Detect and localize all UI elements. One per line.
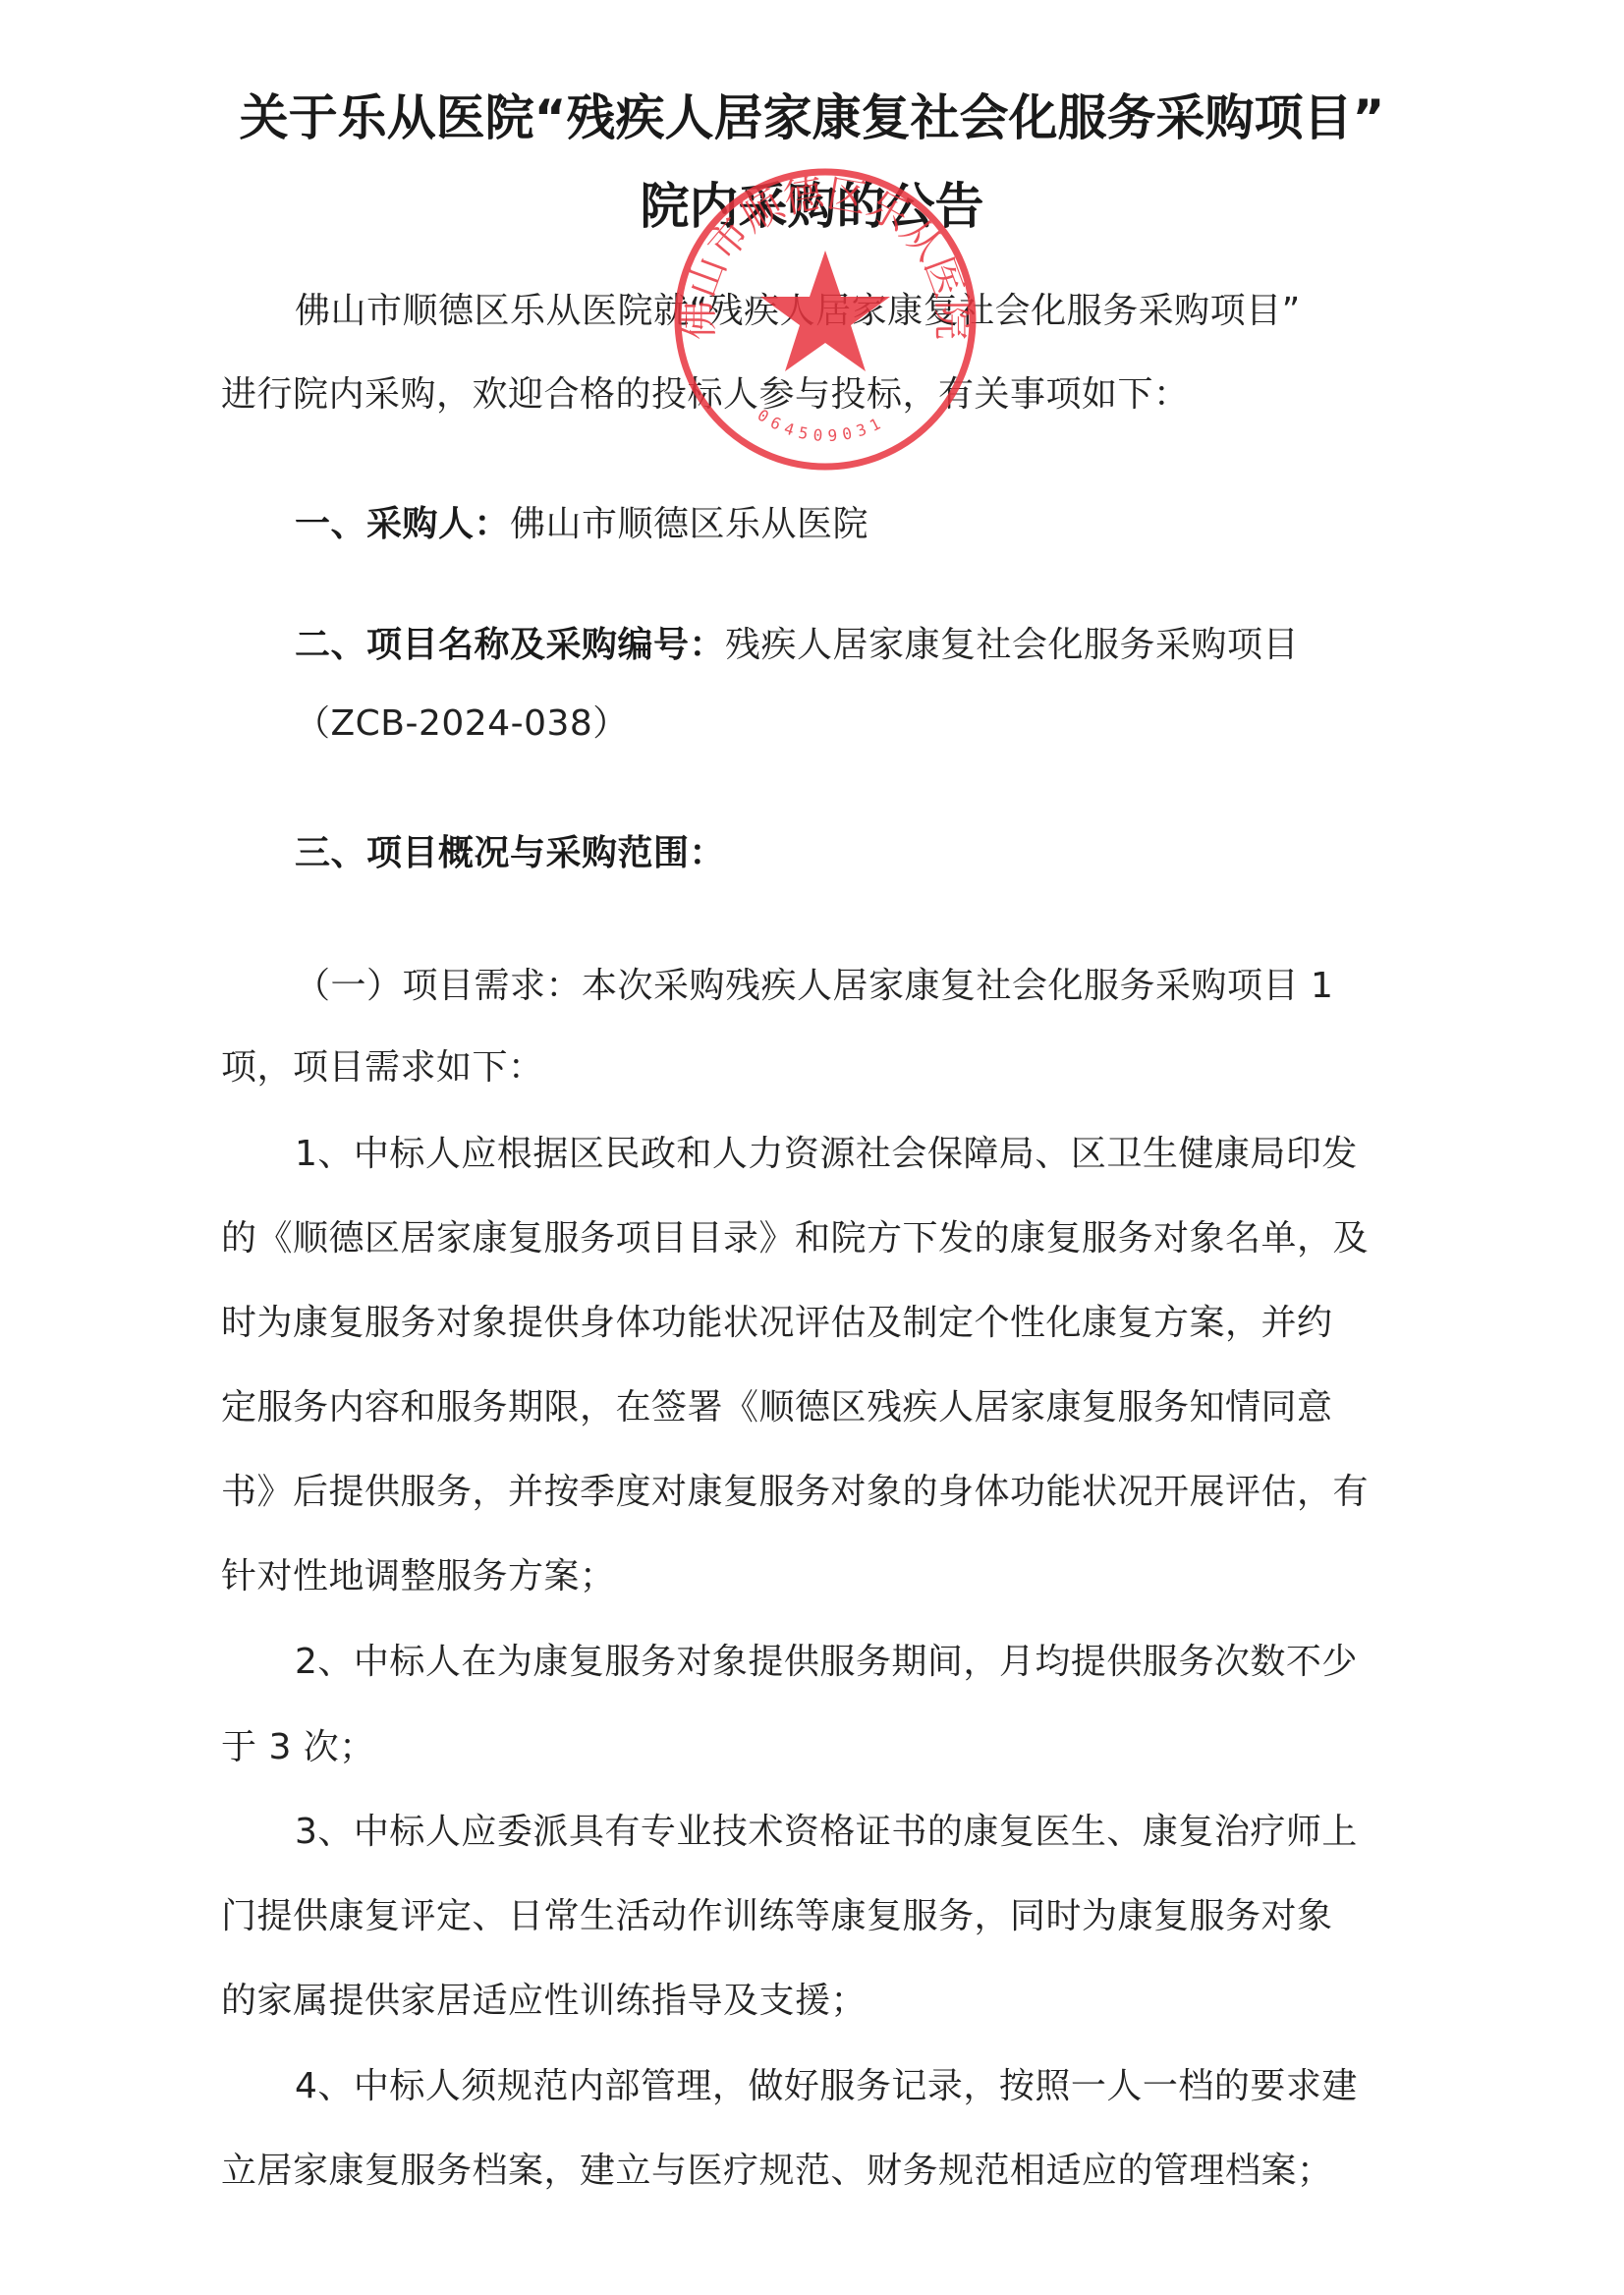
document-title-line-2: 院内采购的公告 [0,167,1624,238]
document-title-line-1: 关于乐从医院“残疾人居家康复社会化服务采购项目” [0,79,1624,149]
requirement-item-1-line-6: 针对性地调整服务方案； [221,1548,616,1598]
requirement-item-3-line-2: 门提供康复评定、日常生活动作训练等康复服务，同时为康复服务对象 [221,1888,1333,1938]
section-purchaser-heading: 一、采购人： [295,504,510,544]
section-project-name: 二、项目名称及采购编号：残疾人居家康复社会化服务采购项目 [295,617,1299,667]
section-purchaser: 一、采购人：佛山市顺德区乐从医院 [295,496,868,546]
section-overview-heading: 三、项目概况与采购范围： [295,825,725,875]
requirement-item-4-line-1: 4、中标人须规范内部管理，做好服务记录，按照一人一档的要求建 [295,2058,1358,2108]
intro-line-2: 进行院内采购，欢迎合格的投标人参与投标，有关事项如下： [221,366,1190,417]
section-purchaser-value: 佛山市顺德区乐从医院 [510,504,868,544]
sub-requirement-line-2: 项，项目需求如下： [221,1039,544,1090]
requirement-item-2-line-1: 2、中标人在为康复服务对象提供服务期间，月均提供服务次数不少 [295,1634,1358,1684]
requirement-item-3-line-1: 3、中标人应委派具有专业技术资格证书的康复医生、康复治疗师上 [295,1804,1358,1854]
project-code: （ZCB-2024-038） [295,696,629,746]
requirement-item-1-line-5: 书》后提供服务，并按季度对康复服务对象的身体功能状况开展评估，有 [221,1464,1369,1514]
requirement-item-1-line-3: 时为康复服务对象提供身体功能状况评估及制定个性化康复方案，并约 [221,1295,1333,1345]
requirement-item-1-line-1: 1、中标人应根据区民政和人力资源社会保障局、区卫生健康局印发 [295,1126,1358,1176]
requirement-item-1-line-4: 定服务内容和服务期限，在签署《顺德区残疾人居家康复服务知情同意 [221,1379,1333,1429]
section-project-heading: 二、项目名称及采购编号： [295,625,725,665]
requirement-item-2-line-2: 于 3 次； [221,1719,375,1769]
section-project-value: 残疾人居家康复社会化服务采购项目 [725,625,1299,665]
requirement-item-1-line-2: 的《顺德区居家康复服务项目目录》和院方下发的康复服务对象名单，及 [221,1210,1369,1260]
sub-requirement-line-1: （一）项目需求：本次采购残疾人居家康复社会化服务采购项目 1 [295,958,1333,1008]
intro-line-1: 佛山市顺德区乐从医院就“残疾人居家康复社会化服务采购项目” [295,283,1301,333]
document-page: 关于乐从医院“残疾人居家康复社会化服务采购项目” 院内采购的公告 佛山市顺德区乐… [0,0,1624,2295]
requirement-item-3-line-3: 的家属提供家居适应性训练指导及支援； [221,1973,867,2023]
requirement-item-4-line-2: 立居家康复服务档案，建立与医疗规范、财务规范相适应的管理档案； [221,2143,1333,2193]
